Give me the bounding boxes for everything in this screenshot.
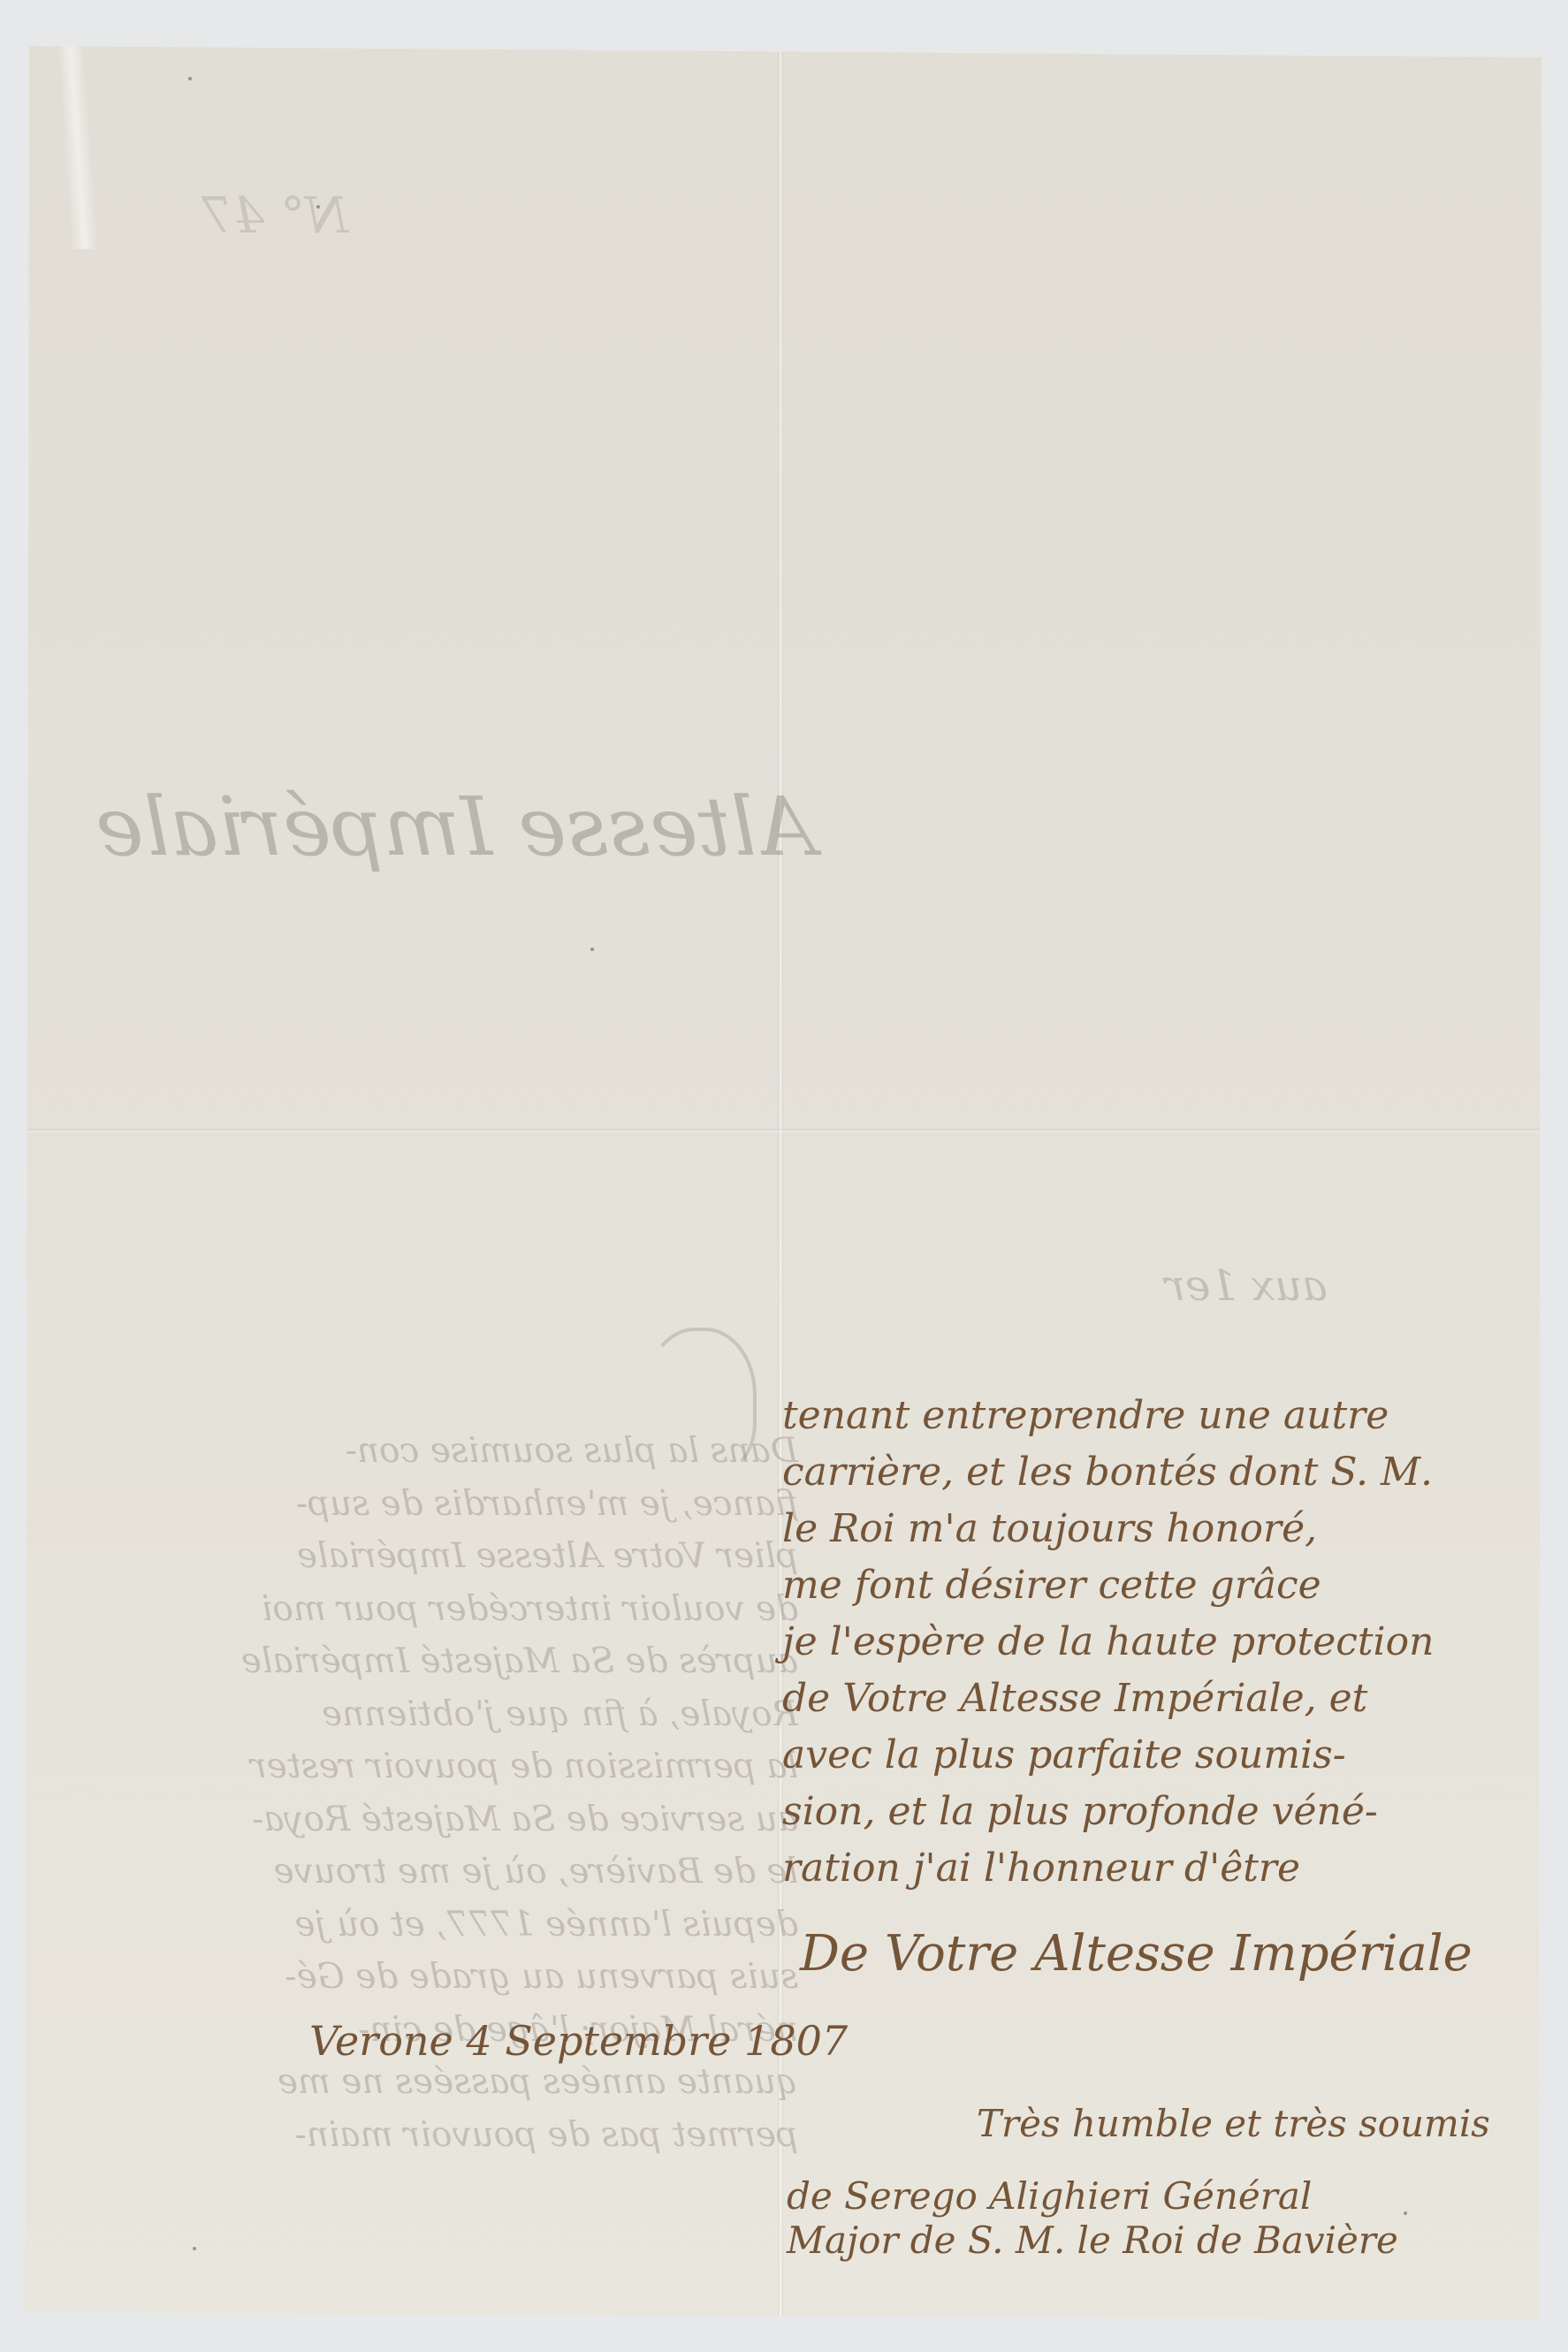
paper-speck <box>193 2247 196 2250</box>
letter-line: sion, et la plus profonde véné- <box>782 1784 1542 1840</box>
paper-speck <box>188 77 192 80</box>
letter-signature: de Serego Alighieri Général Major de S. … <box>787 2174 1398 2263</box>
paper-speck <box>590 948 594 951</box>
letter-body: tenant entreprendre une autre carrière, … <box>782 1388 1542 1897</box>
bleed-line: Dans la plus soumise con- <box>109 1425 798 1478</box>
horizontal-fold-line <box>25 1129 1541 1132</box>
bleed-through-heading: Altesse Impériale <box>95 780 815 874</box>
bleed-line: depuis l'année 1777, et où je <box>109 1899 798 1952</box>
bleed-line: au service de Sa Majesté Roya- <box>109 1793 798 1846</box>
letter-line: ration j'ai l'honneur d'être <box>782 1840 1542 1897</box>
paper-crease <box>57 46 98 249</box>
bleed-line: suis parvenu au grade de Gé- <box>109 1951 798 2004</box>
letter-line: carrière, et les bontés dont S. M. <box>782 1444 1542 1501</box>
paper-speck <box>316 205 320 209</box>
bleed-through-annotation: aux 1er <box>1165 1261 1328 1311</box>
letter-line: je l'espère de la haute protection <box>782 1614 1542 1671</box>
bleed-line: permet pas de pouvoir main- <box>109 2109 798 2162</box>
signature-line: de Serego Alighieri Général <box>787 2174 1398 2219</box>
bleed-line: la permission de pouvoir rester <box>109 1740 798 1793</box>
letter-date-place: Verone 4 Septembre 1807 <box>309 2017 848 2065</box>
letter-line: avec la plus parfaite soumis- <box>782 1727 1542 1784</box>
bleed-line: le de Bavière, où je me trouve <box>109 1846 798 1899</box>
bleed-through-number-mark: N° 47 <box>202 187 348 245</box>
bleed-line: auprès de Sa Majesté Impériale <box>109 1635 798 1688</box>
letter-salutation: De Votre Altesse Impériale <box>800 1925 1473 1983</box>
letter-line: le Roi m'a toujours honoré, <box>782 1501 1542 1557</box>
letter-line: tenant entreprendre une autre <box>782 1388 1542 1444</box>
bleed-line: plier Votre Altesse Impériale <box>109 1530 798 1583</box>
paper-speck <box>1404 2211 1407 2215</box>
bleed-line: de vouloir intercéder pour moi <box>109 1583 798 1636</box>
bleed-line: fiance, je m'enhardis de sup- <box>109 1478 798 1531</box>
signature-line: Major de S. M. le Roi de Bavière <box>787 2219 1398 2263</box>
bleed-line: Royale, à fin que j'obtienne <box>109 1688 798 1741</box>
letter-line: me font désirer cette grâce <box>782 1557 1542 1614</box>
letter-closing: Très humble et très soumis <box>977 2102 1490 2145</box>
letter-line: de Votre Altesse Impériale, et <box>782 1671 1542 1727</box>
